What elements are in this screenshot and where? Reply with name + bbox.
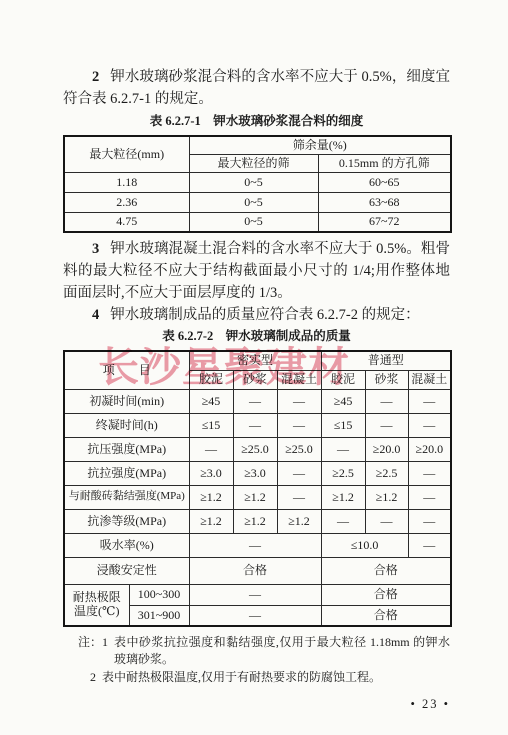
table-cell: —: [408, 461, 451, 485]
note-1: 注：1 表中砂浆抗拉强度和黏结强度,仅用于最大粒径 1.18mm 的钾水玻璃砂浆…: [78, 634, 450, 668]
table-cell: 合格: [321, 605, 451, 626]
table-cell: ≥20.0: [365, 437, 408, 461]
table-cell: —: [277, 389, 321, 413]
clause-3-number: 3: [92, 241, 99, 257]
table1-col1-header: 最大粒径(mm): [64, 136, 189, 172]
table2-title: 表 6.2.7-2 钾水玻璃制成品的质量: [63, 328, 450, 345]
table-cell: 63~68: [318, 192, 451, 212]
table-6-2-7-2: 项 目 密实型 普通型 胶泥 砂浆 混凝土 胶泥 砂浆 混凝土 初凝时间(min…: [63, 350, 452, 627]
table2-subheader: 混凝土: [408, 370, 451, 389]
table2-row-absorption: 吸水率(%) — ≤10.0 —: [64, 533, 451, 557]
table-cell: —: [408, 389, 451, 413]
table-cell: 60~65: [318, 172, 451, 192]
row-label: 浸酸安定性: [64, 557, 189, 584]
table-notes: 注：1 表中砂浆抗拉强度和黏结强度,仅用于最大粒径 1.18mm 的钾水玻璃砂浆…: [63, 634, 450, 686]
table-cell: —: [189, 533, 321, 557]
table2-row-compressive: 抗压强度(MPa) — ≥25.0 ≥25.0 — ≥20.0 ≥20.0: [64, 437, 451, 461]
table-cell: ≥45: [189, 389, 233, 413]
table-cell: —: [277, 413, 321, 437]
table-cell: 0~5: [189, 212, 318, 232]
table-cell: —: [321, 437, 365, 461]
table2-row-bond-strength: 与耐酸砖黏结强度(MPa) ≥1.2 ≥1.2 — ≥1.2 ≥1.2 —: [64, 485, 451, 509]
row-label: 抗压强度(MPa): [64, 437, 189, 461]
table-cell: ≥20.0: [408, 437, 451, 461]
table1-row: 4.75 0~5 67~72: [64, 212, 451, 232]
table-cell: —: [408, 485, 451, 509]
table-cell: 4.75: [64, 212, 189, 232]
table-cell: 1.18: [64, 172, 189, 192]
note-1-text: 表中砂浆抗拉强度和黏结强度,仅用于最大粒径 1.18mm 的钾水玻璃砂浆。: [114, 634, 450, 668]
page-number: • 23 •: [63, 697, 450, 712]
table2-row-acid-stability: 浸酸安定性 合格 合格: [64, 557, 451, 584]
table-cell: ≥1.2: [233, 485, 277, 509]
table-cell: ≥2.5: [365, 461, 408, 485]
table2-row-final-setting: 终凝时间(h) ≤15 — — ≤15 — —: [64, 413, 451, 437]
table-cell: —: [189, 437, 233, 461]
table1-header-row-1: 最大粒径(mm) 筛余量(%): [64, 136, 451, 154]
table2-header-row-1: 项 目 密实型 普通型: [64, 351, 451, 370]
table-cell: ≥25.0: [277, 437, 321, 461]
row-label: 抗拉强度(MPa): [64, 461, 189, 485]
table-cell: ≤10.0: [321, 533, 408, 557]
table2-subheader: 混凝土: [277, 370, 321, 389]
table-cell: —: [408, 509, 451, 533]
table-cell: ≥1.2: [365, 485, 408, 509]
table-cell: —: [233, 389, 277, 413]
table-cell: ≤15: [189, 413, 233, 437]
clause-3: 3钾水玻璃混凝土混合料的含水率不应大于 0.5%。粗骨料的最大粒径不应大于结构截…: [63, 238, 450, 304]
table-cell: 2.36: [64, 192, 189, 212]
table-cell: ≥1.2: [321, 485, 365, 509]
clause-2: 2钾水玻璃砂浆混合料的含水率不应大于 0.5%，细度宜符合表 6.2.7-1 的…: [63, 66, 450, 110]
document-page: 长沙星聚建材 2钾水玻璃砂浆混合料的含水率不应大于 0.5%，细度宜符合表 6.…: [0, 0, 508, 735]
table-cell: —: [365, 413, 408, 437]
table-cell: 0~5: [189, 172, 318, 192]
table-cell: ≥1.2: [189, 509, 233, 533]
heat-label-line1: 耐热极限: [66, 591, 128, 605]
table-cell: 67~72: [318, 212, 451, 232]
heat-label-line2: 温度(℃): [66, 605, 128, 619]
table2-subheader: 砂浆: [233, 370, 277, 389]
table-cell: ≥3.0: [189, 461, 233, 485]
table2-row-heat-limit-1: 耐热极限温度(℃) 100~300 — 合格: [64, 584, 451, 605]
row-label: 与耐酸砖黏结强度(MPa): [64, 485, 189, 509]
table-cell: —: [277, 485, 321, 509]
table-cell: 合格: [321, 557, 451, 584]
table-cell: —: [321, 509, 365, 533]
clause-4-text: 钾水玻璃制成品的质量应符合表 6.2.7-2 的规定：: [110, 307, 419, 323]
table-cell: ≥1.2: [277, 509, 321, 533]
table2-group1-header: 密实型: [189, 351, 321, 370]
note-1-tag: 注：1: [78, 634, 108, 651]
table1-row: 2.36 0~5 63~68: [64, 192, 451, 212]
table-cell: ≥1.2: [233, 509, 277, 533]
table-cell: ≥3.0: [233, 461, 277, 485]
table-cell: —: [189, 584, 321, 605]
table-cell: ≥1.2: [189, 485, 233, 509]
clause-2-text: 钾水玻璃砂浆混合料的含水率不应大于 0.5%，细度宜符合表 6.2.7-1 的规…: [63, 69, 450, 107]
table2-subheader: 砂浆: [365, 370, 408, 389]
table1-row: 1.18 0~5 60~65: [64, 172, 451, 192]
table1-subheader-2: 0.15mm 的方孔筛: [318, 154, 451, 172]
note-2: 2 表中耐热极限温度,仅用于有耐热要求的防腐蚀工程。: [90, 669, 450, 686]
clause-2-number: 2: [92, 69, 99, 85]
note-2-tag: 2: [90, 669, 96, 686]
table-cell: —: [408, 533, 451, 557]
clause-3-text: 钾水玻璃混凝土混合料的含水率不应大于 0.5%。粗骨料的最大粒径不应大于结构截面…: [63, 241, 450, 301]
table-cell: —: [189, 605, 321, 626]
table-cell: ≥45: [321, 389, 365, 413]
table-cell: 301~900: [129, 605, 189, 626]
row-label: 终凝时间(h): [64, 413, 189, 437]
table2-group2-header: 普通型: [321, 351, 451, 370]
table-cell: 0~5: [189, 192, 318, 212]
table2-row-initial-setting: 初凝时间(min) ≥45 — — ≥45 — —: [64, 389, 451, 413]
row-label: 抗渗等级(MPa): [64, 509, 189, 533]
table2-item-header: 项 目: [64, 351, 189, 389]
table1-title: 表 6.2.7-1 钾水玻璃砂浆混合料的细度: [63, 113, 450, 130]
table-cell: —: [277, 461, 321, 485]
page-content: 2钾水玻璃砂浆混合料的含水率不应大于 0.5%，细度宜符合表 6.2.7-1 的…: [63, 66, 450, 712]
table-cell: 合格: [321, 584, 451, 605]
table2-subheader: 胶泥: [189, 370, 233, 389]
table2-row-impermeability: 抗渗等级(MPa) ≥1.2 ≥1.2 ≥1.2 — — —: [64, 509, 451, 533]
row-label: 初凝时间(min): [64, 389, 189, 413]
table-cell: ≥2.5: [321, 461, 365, 485]
table2-subheader: 胶泥: [321, 370, 365, 389]
table-cell: 100~300: [129, 584, 189, 605]
table1-group-header: 筛余量(%): [189, 136, 451, 154]
table1-subheader-1: 最大粒径的筛: [189, 154, 318, 172]
table-cell: ≤15: [321, 413, 365, 437]
table-6-2-7-1: 最大粒径(mm) 筛余量(%) 最大粒径的筛 0.15mm 的方孔筛 1.18 …: [63, 135, 452, 233]
clause-4-number: 4: [92, 307, 99, 323]
table-cell: —: [365, 509, 408, 533]
row-label: 吸水率(%): [64, 533, 189, 557]
table-cell: ≥25.0: [233, 437, 277, 461]
table-cell: —: [233, 413, 277, 437]
table-cell: 合格: [189, 557, 321, 584]
note-2-text: 表中耐热极限温度,仅用于有耐热要求的防腐蚀工程。: [102, 669, 450, 686]
table-cell: —: [365, 389, 408, 413]
table-cell: —: [408, 413, 451, 437]
row-label: 耐热极限温度(℃): [64, 584, 129, 626]
table2-row-tensile: 抗拉强度(MPa) ≥3.0 ≥3.0 — ≥2.5 ≥2.5 —: [64, 461, 451, 485]
clause-4: 4钾水玻璃制成品的质量应符合表 6.2.7-2 的规定：: [63, 304, 450, 326]
